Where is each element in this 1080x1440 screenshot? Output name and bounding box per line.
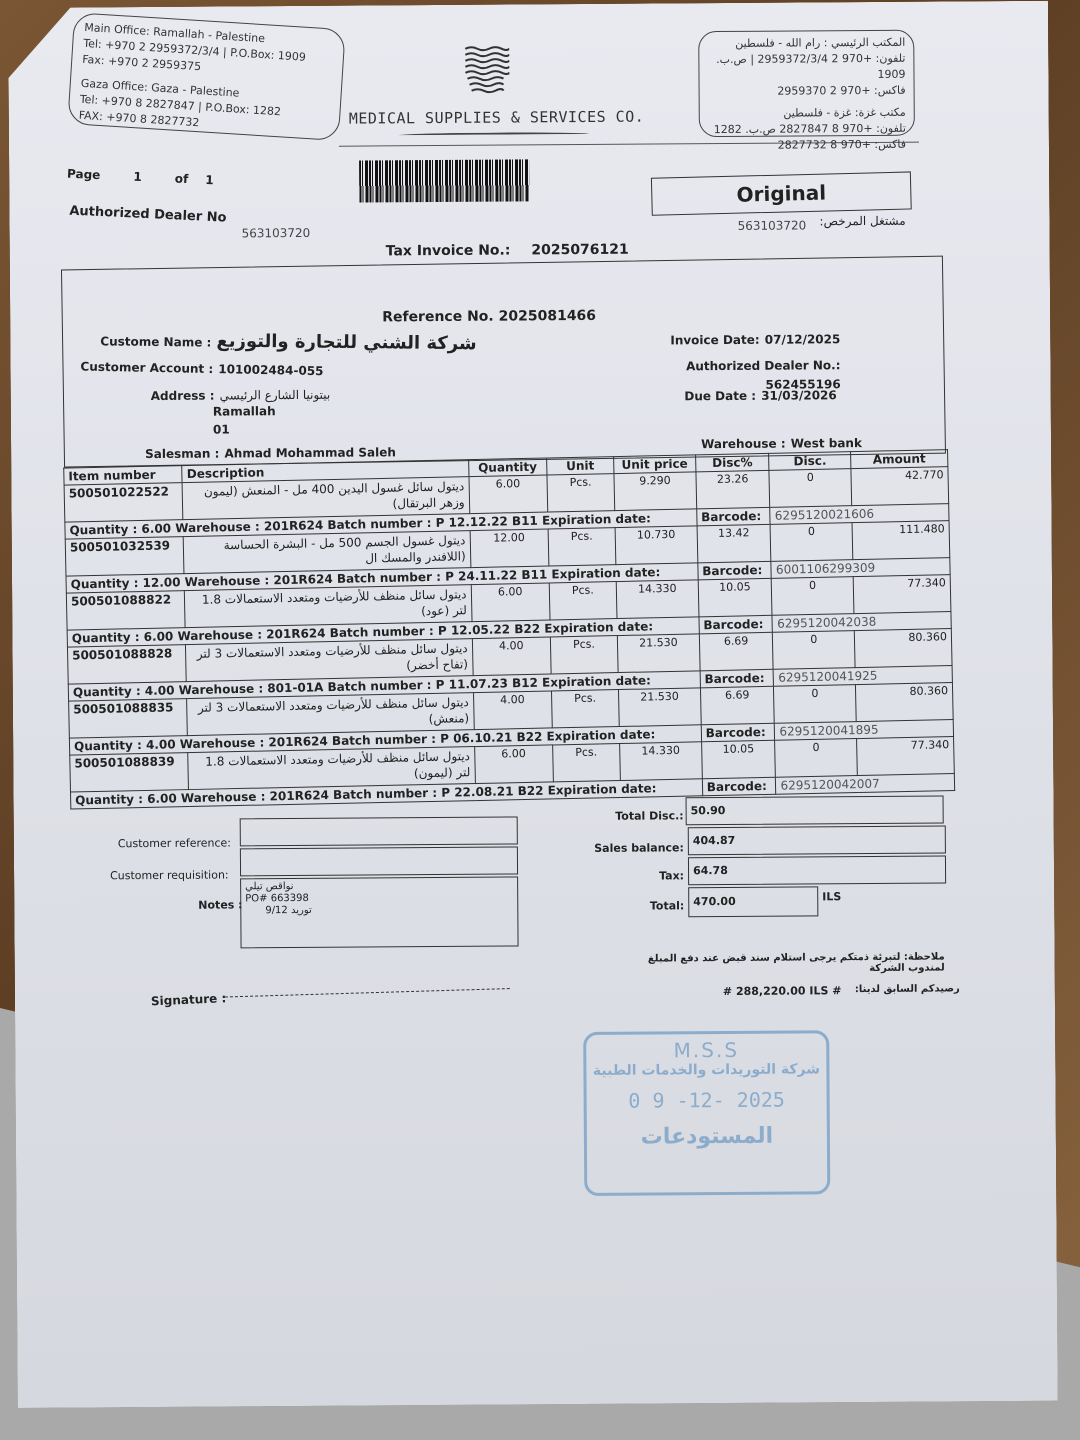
item-quantity: 6.00 — [469, 475, 548, 514]
item-amount: 80.360 — [855, 683, 953, 722]
salesman-label: Salesman : — [145, 447, 219, 462]
barcode-label: Barcode: — [702, 777, 776, 796]
customer-requisition-field — [240, 846, 518, 876]
item-number: 500501088828 — [67, 645, 186, 684]
copy-type: Original — [652, 172, 911, 214]
item-unit: Pcs. — [551, 690, 619, 728]
total-field: 470.00 — [688, 886, 818, 917]
reference-value: 2025081466 — [499, 308, 597, 325]
tax-label: Tax: — [614, 869, 684, 882]
main-office-ar-tel: تلفون: +970 2 2959372/3/4 | ص.ب. 1909 — [707, 51, 905, 84]
item-unit: Pcs. — [549, 582, 617, 620]
stamp-date: 0 9 -12- 2025 — [587, 1087, 827, 1113]
item-disc: 0 — [775, 739, 857, 778]
previous-balance-value: # 288,220.00 ILS # — [723, 984, 842, 998]
customer-account-value: 101002484-055 — [218, 362, 323, 378]
signature-line — [225, 988, 510, 997]
invoice-paper: Main Office: Ramallah - Palestine Tel: +… — [8, 1, 1058, 1408]
total-value: 470.00 — [689, 895, 736, 908]
barcode-label: Barcode: — [699, 615, 773, 634]
total-disc-field: 50.90 — [686, 795, 944, 825]
previous-balance-label: رصيدكم السابق لدينا: — [855, 983, 960, 995]
item-quantity: 4.00 — [472, 637, 551, 676]
col-disc-pct: Disc% — [695, 453, 769, 472]
tax-value: 64.78 — [689, 864, 728, 877]
item-description: ديتول سائل منظف للأرضيات ومتعدد الاستعما… — [186, 639, 473, 682]
item-disc: 0 — [769, 469, 851, 508]
item-quantity: 6.00 — [471, 583, 550, 622]
sales-balance-field: 404.87 — [688, 825, 946, 855]
barcode-label: Barcode: — [700, 669, 774, 688]
col-unit: Unit — [547, 457, 614, 475]
company-name: MEDICAL SUPPLIES & SERVICES CO. — [349, 108, 645, 128]
stamp-abbr: M.S.S — [586, 1037, 826, 1063]
address-line2: Ramallah — [213, 404, 276, 418]
item-amount: 77.340 — [853, 575, 951, 614]
item-unit: Pcs. — [547, 474, 615, 512]
company-logo-icon — [463, 45, 509, 95]
salesman-value: Ahmad Mohammad Saleh — [224, 445, 396, 460]
item-disc-pct: 6.69 — [699, 632, 773, 671]
item-number: 500501032539 — [65, 537, 184, 576]
invoice-date-row: Invoice Date: 07/12/2025 — [640, 328, 840, 348]
address-line1: بيتونيا الشارع الرئيسي — [220, 388, 331, 403]
item-unit-price: 21.530 — [617, 634, 700, 673]
due-date-value: 31/03/2026 — [761, 388, 837, 403]
main-office-ar-label: المكتب الرئيسي : رام الله - فلسطين — [707, 35, 905, 52]
due-date-label: Due Date : — [684, 389, 756, 404]
stamp-department: المستودعات — [587, 1123, 827, 1150]
item-disc: 0 — [772, 577, 854, 616]
item-disc-pct: 23.26 — [696, 470, 770, 509]
copy-type-box: Original — [651, 171, 912, 215]
invoice-date-value: 07/12/2025 — [765, 332, 841, 347]
notes-label: Notes : — [198, 898, 242, 911]
item-description: ديتول سائل منظف للأرضيات ومتعدد الاستعما… — [185, 585, 472, 628]
item-disc: 0 — [774, 685, 856, 724]
due-date-row: Due Date : 31/03/2026 — [641, 384, 837, 404]
notes-field: نواقص تيلي PO# 663398 توريد 9/12 — [240, 876, 518, 948]
warehouse-label: Warehouse : — [701, 437, 786, 452]
item-number: 500501022522 — [64, 483, 183, 522]
total-disc-value: 50.90 — [687, 804, 726, 817]
sales-balance-label: Sales balance: — [594, 841, 684, 855]
address-row: Address : بيتونيا الشارع الرئيسي — [151, 384, 331, 404]
item-description: ديتول سائل منظف للأرضيات ومتعدد الاستعما… — [188, 747, 475, 790]
authorized-dealer-value: 563103720 — [242, 226, 311, 240]
item-number: 500501088839 — [70, 753, 189, 792]
customer-reference-field — [240, 816, 518, 846]
item-number: 500501088835 — [69, 699, 188, 738]
item-unit-price: 10.730 — [615, 526, 698, 565]
item-amount: 77.340 — [857, 737, 955, 776]
page-label: Page — [67, 167, 101, 182]
notes-line3: توريد 9/12 — [245, 903, 513, 917]
item-unit: Pcs. — [548, 528, 616, 566]
total-label: Total: — [614, 899, 684, 912]
customer-name-row: Custome Name : شركة الشني للتجارة والتوز… — [100, 329, 477, 354]
invoice-barcode — [359, 159, 529, 202]
customer-requisition-label: Customer requisition: — [110, 868, 229, 882]
item-quantity: 12.00 — [470, 529, 549, 568]
tax-invoice-value: 2025076121 — [531, 242, 629, 259]
stamp-company-name: شركة التوريدات والخدمات الطبية — [586, 1061, 826, 1079]
item-unit: Pcs. — [553, 744, 621, 782]
sales-balance-value: 404.87 — [689, 834, 736, 847]
right-address-box: المكتب الرئيسي : رام الله - فلسطين تلفون… — [698, 30, 915, 138]
item-disc-pct: 13.42 — [697, 524, 771, 563]
item-quantity: 6.00 — [474, 745, 553, 784]
col-amount: Amount — [851, 450, 948, 469]
warehouse-value: West bank — [791, 436, 862, 450]
gaza-office-ar-fax: فاكس: +970 8 2827732 — [708, 137, 906, 154]
item-amount: 111.480 — [852, 521, 950, 560]
gaza-office-ar-tel: تلفون: +970 8 2827847 ص.ب. 1282 — [708, 121, 906, 138]
customer-name-value: شركة الشني للتجارة والتوزيع — [216, 331, 476, 355]
item-disc: 0 — [773, 631, 855, 670]
salesman-row: Salesman : Ahmad Mohammad Saleh — [145, 441, 396, 462]
col-quantity: Quantity — [468, 458, 547, 477]
item-unit: Pcs. — [550, 636, 618, 674]
tax-invoice-no: Tax Invoice No.: 2025076121 — [386, 242, 629, 260]
main-office-ar-fax: فاكس: +970 2 2959370 — [708, 83, 906, 100]
customer-reference-label: Customer reference: — [118, 836, 231, 850]
page-indicator: Page 1 of 1 — [67, 163, 214, 189]
col-unit-price: Unit price — [614, 455, 696, 474]
item-unit-price: 9.290 — [614, 472, 697, 511]
barcode-value: 6295120042007 — [776, 774, 955, 795]
item-unit-price: 21.530 — [618, 688, 701, 727]
reference-no: Reference No. 2025081466 — [382, 308, 596, 325]
customer-account-label: Customer Account : — [80, 360, 213, 377]
item-disc-pct: 6.69 — [700, 686, 774, 725]
col-disc: Disc. — [769, 452, 851, 471]
item-quantity: 4.00 — [473, 691, 552, 730]
page-of-label: of — [175, 171, 189, 186]
invoice-date-label: Invoice Date: — [670, 333, 759, 348]
payment-note: ملاحظة: لتبرئة ذمتكم يرجى استلام سند قبض… — [615, 951, 945, 975]
item-unit-price: 14.330 — [620, 742, 703, 781]
tax-field: 64.78 — [688, 855, 946, 885]
barcode-label: Barcode: — [698, 561, 772, 580]
left-address-box: Main Office: Ramallah - Palestine Tel: +… — [67, 12, 345, 141]
item-amount: 42.770 — [851, 467, 949, 506]
gaza-office-ar-label: مكتب غزة: غزة - فلسطين — [708, 105, 906, 122]
item-description: ديتول سائل غسول اليدين 400 مل - المنعش (… — [182, 477, 469, 520]
page-total: 1 — [205, 173, 214, 187]
page-current: 1 — [133, 170, 142, 184]
barcode-label: Barcode: — [701, 723, 775, 742]
authorized-dealer-ar-value: 563103720 — [737, 218, 806, 232]
item-number: 500501088822 — [66, 591, 185, 630]
address-line3: 01 — [213, 422, 230, 436]
warehouse-row: Warehouse : West bank — [701, 432, 862, 452]
item-unit-price: 14.330 — [616, 580, 699, 619]
barcode-label: Barcode: — [696, 507, 770, 526]
item-disc: 0 — [771, 523, 853, 562]
item-description: ديتول غسول الجسم 500 مل - البشرة الحساسة… — [184, 531, 471, 574]
authorized-dealer-label: Authorized Dealer No — [69, 204, 227, 226]
dealer-no-label: Authorized Dealer No.: — [686, 358, 841, 373]
item-amount: 80.360 — [854, 629, 952, 668]
authorized-dealer-ar-label: مشتغل المرخص: — [819, 214, 905, 229]
warehouse-stamp: M.S.S شركة التوريدات والخدمات الطبية 0 9… — [583, 1030, 830, 1196]
tax-invoice-label: Tax Invoice No.: — [386, 242, 511, 259]
items-table: Item number Description Quantity Unit Un… — [63, 449, 955, 809]
item-description: ديتول سائل منظف للأرضيات ومتعدد الاستعما… — [187, 693, 474, 736]
company-underline — [399, 132, 589, 137]
signature-label: Signature : — [151, 991, 227, 1008]
reference-label: Reference No. — [382, 309, 494, 326]
item-disc-pct: 10.05 — [701, 740, 775, 779]
total-disc-label: Total Disc.: — [614, 809, 684, 822]
address-label: Address : — [151, 389, 215, 403]
item-disc-pct: 10.05 — [698, 578, 772, 617]
customer-name-label: Custome Name : — [100, 334, 211, 349]
total-currency: ILS — [822, 890, 841, 903]
